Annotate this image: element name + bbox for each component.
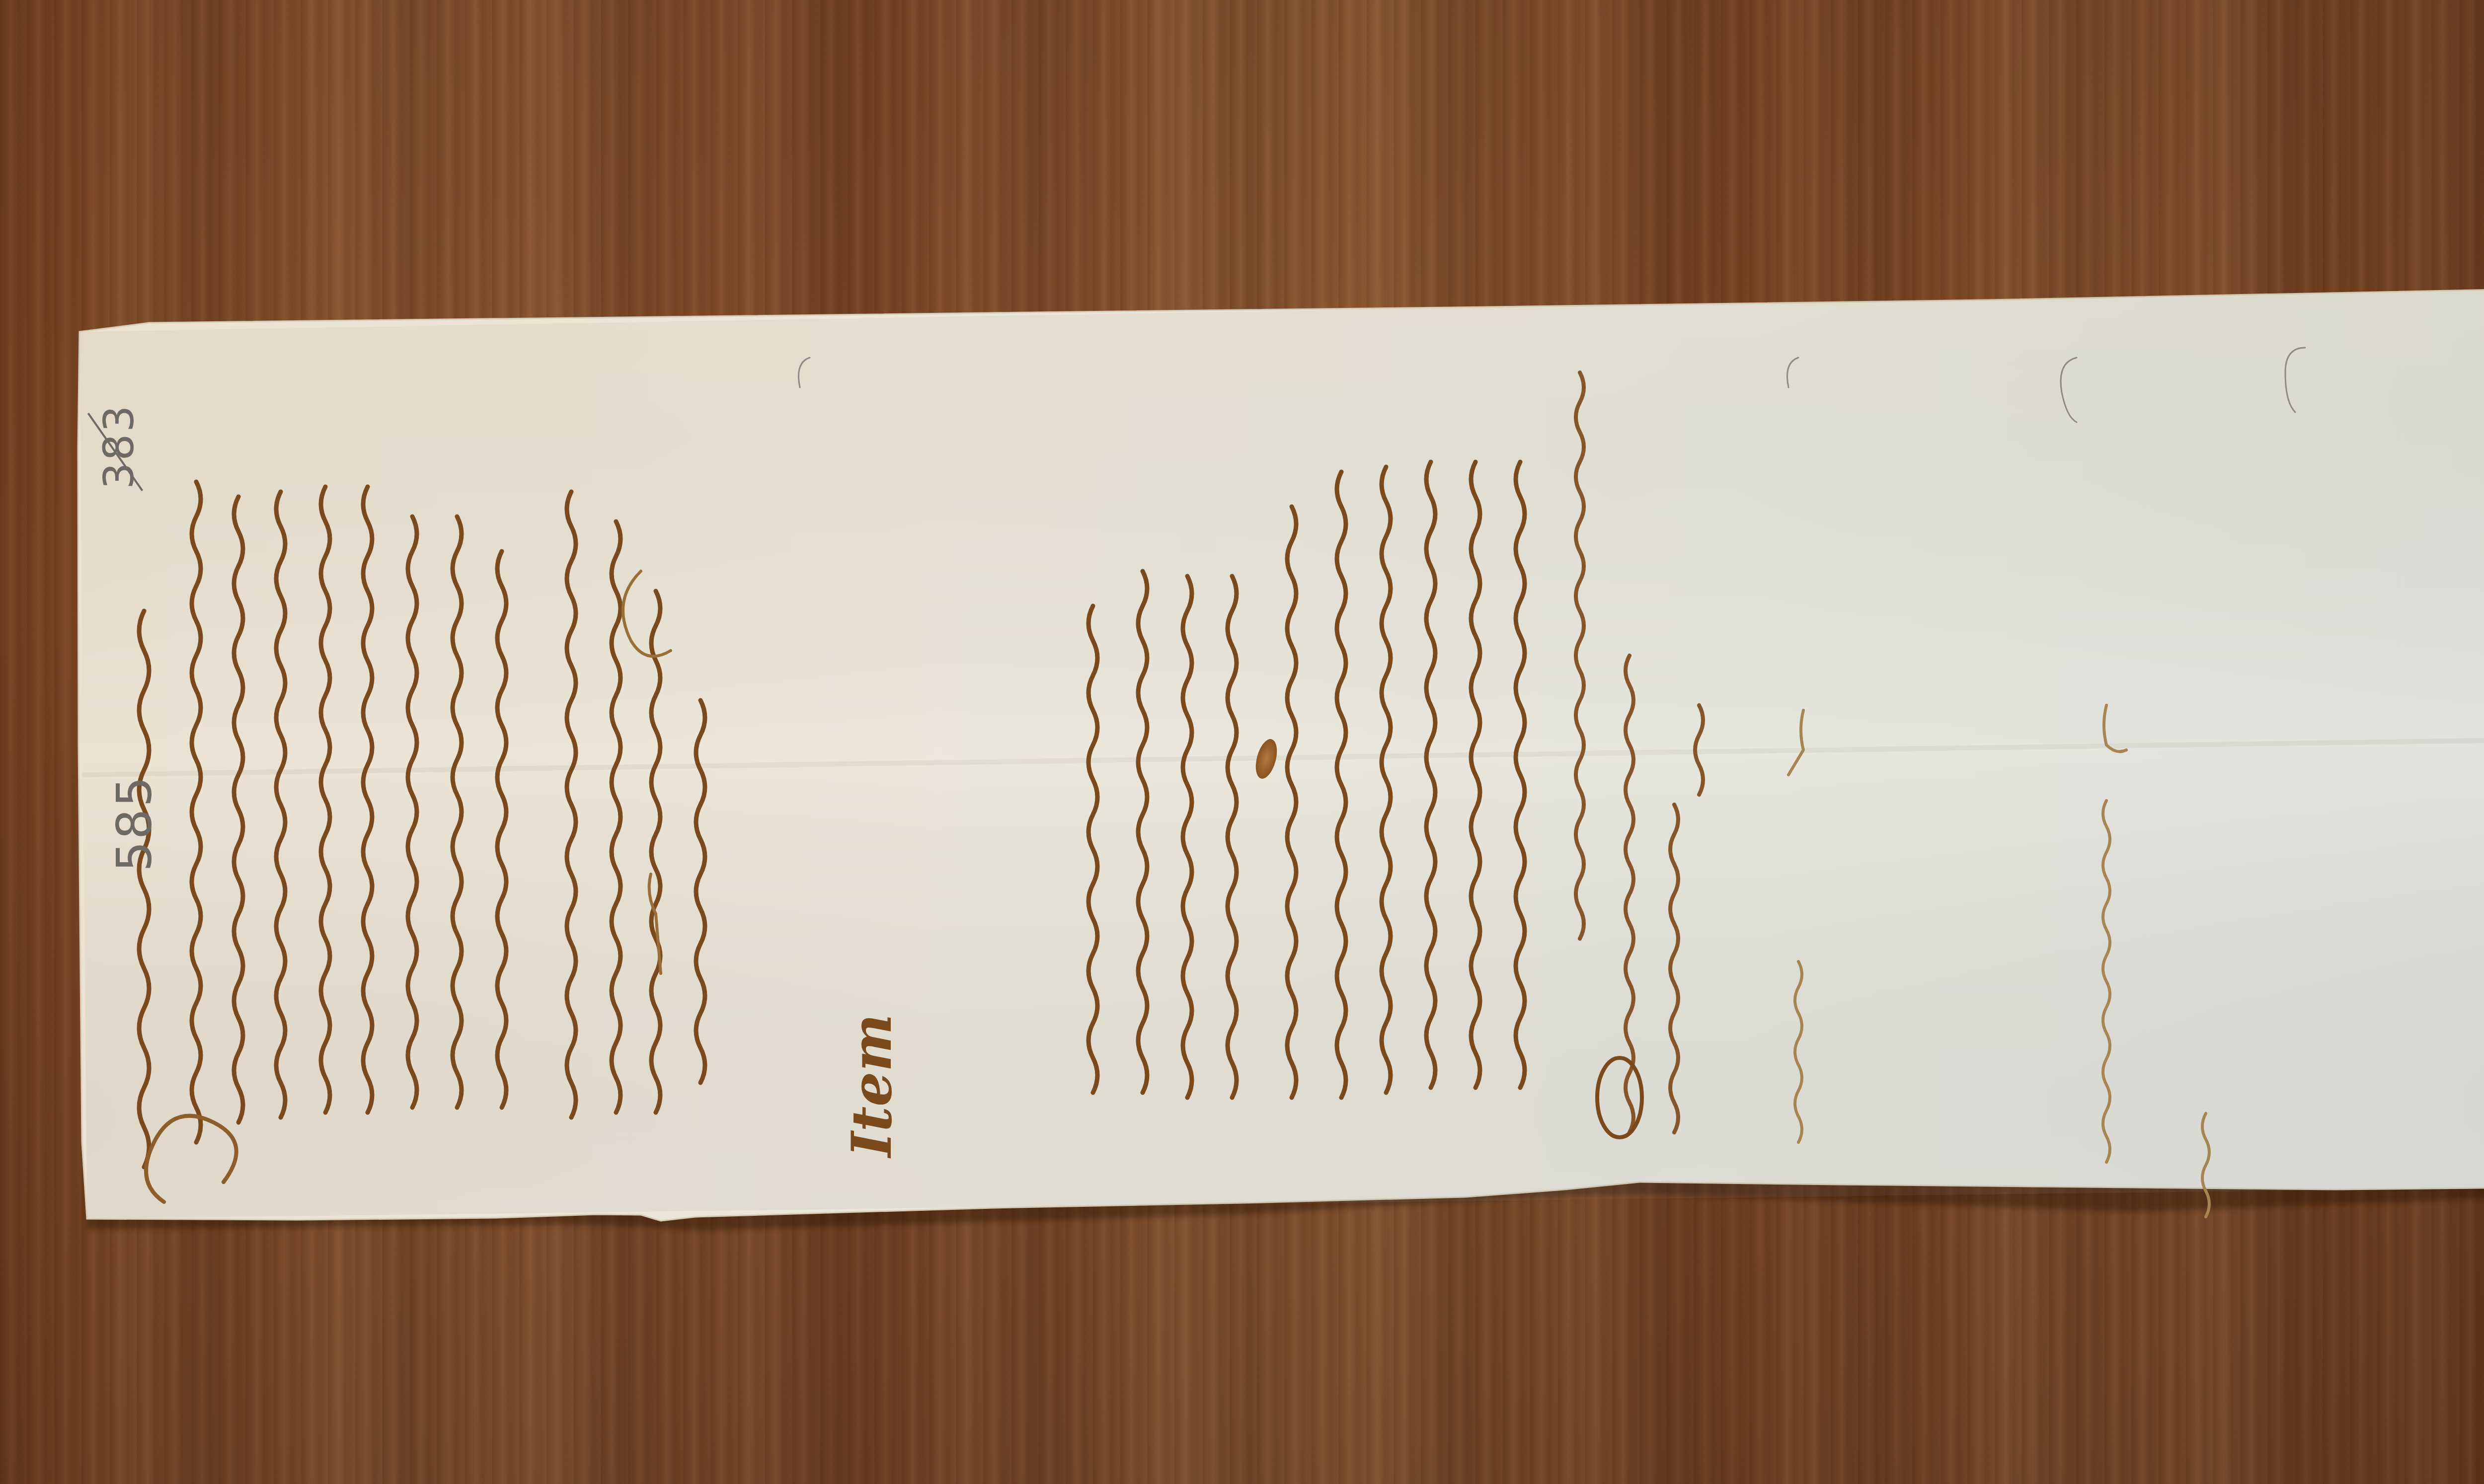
right-text-block	[1576, 372, 1703, 1132]
signature-block	[1788, 705, 2209, 1217]
middle-text-block	[1088, 462, 1525, 1098]
folio-number: 585	[107, 775, 162, 872]
item-marker: Item	[840, 1014, 904, 1157]
initial-flourish	[146, 1116, 236, 1202]
old-folio-number: 383	[94, 404, 143, 489]
old-folio-number-text: 383	[94, 404, 143, 489]
left-text-block	[139, 482, 705, 1167]
handwriting-layer	[0, 0, 2484, 1484]
circled-mark	[1597, 1058, 1642, 1137]
pencil-mark	[2285, 348, 2305, 412]
